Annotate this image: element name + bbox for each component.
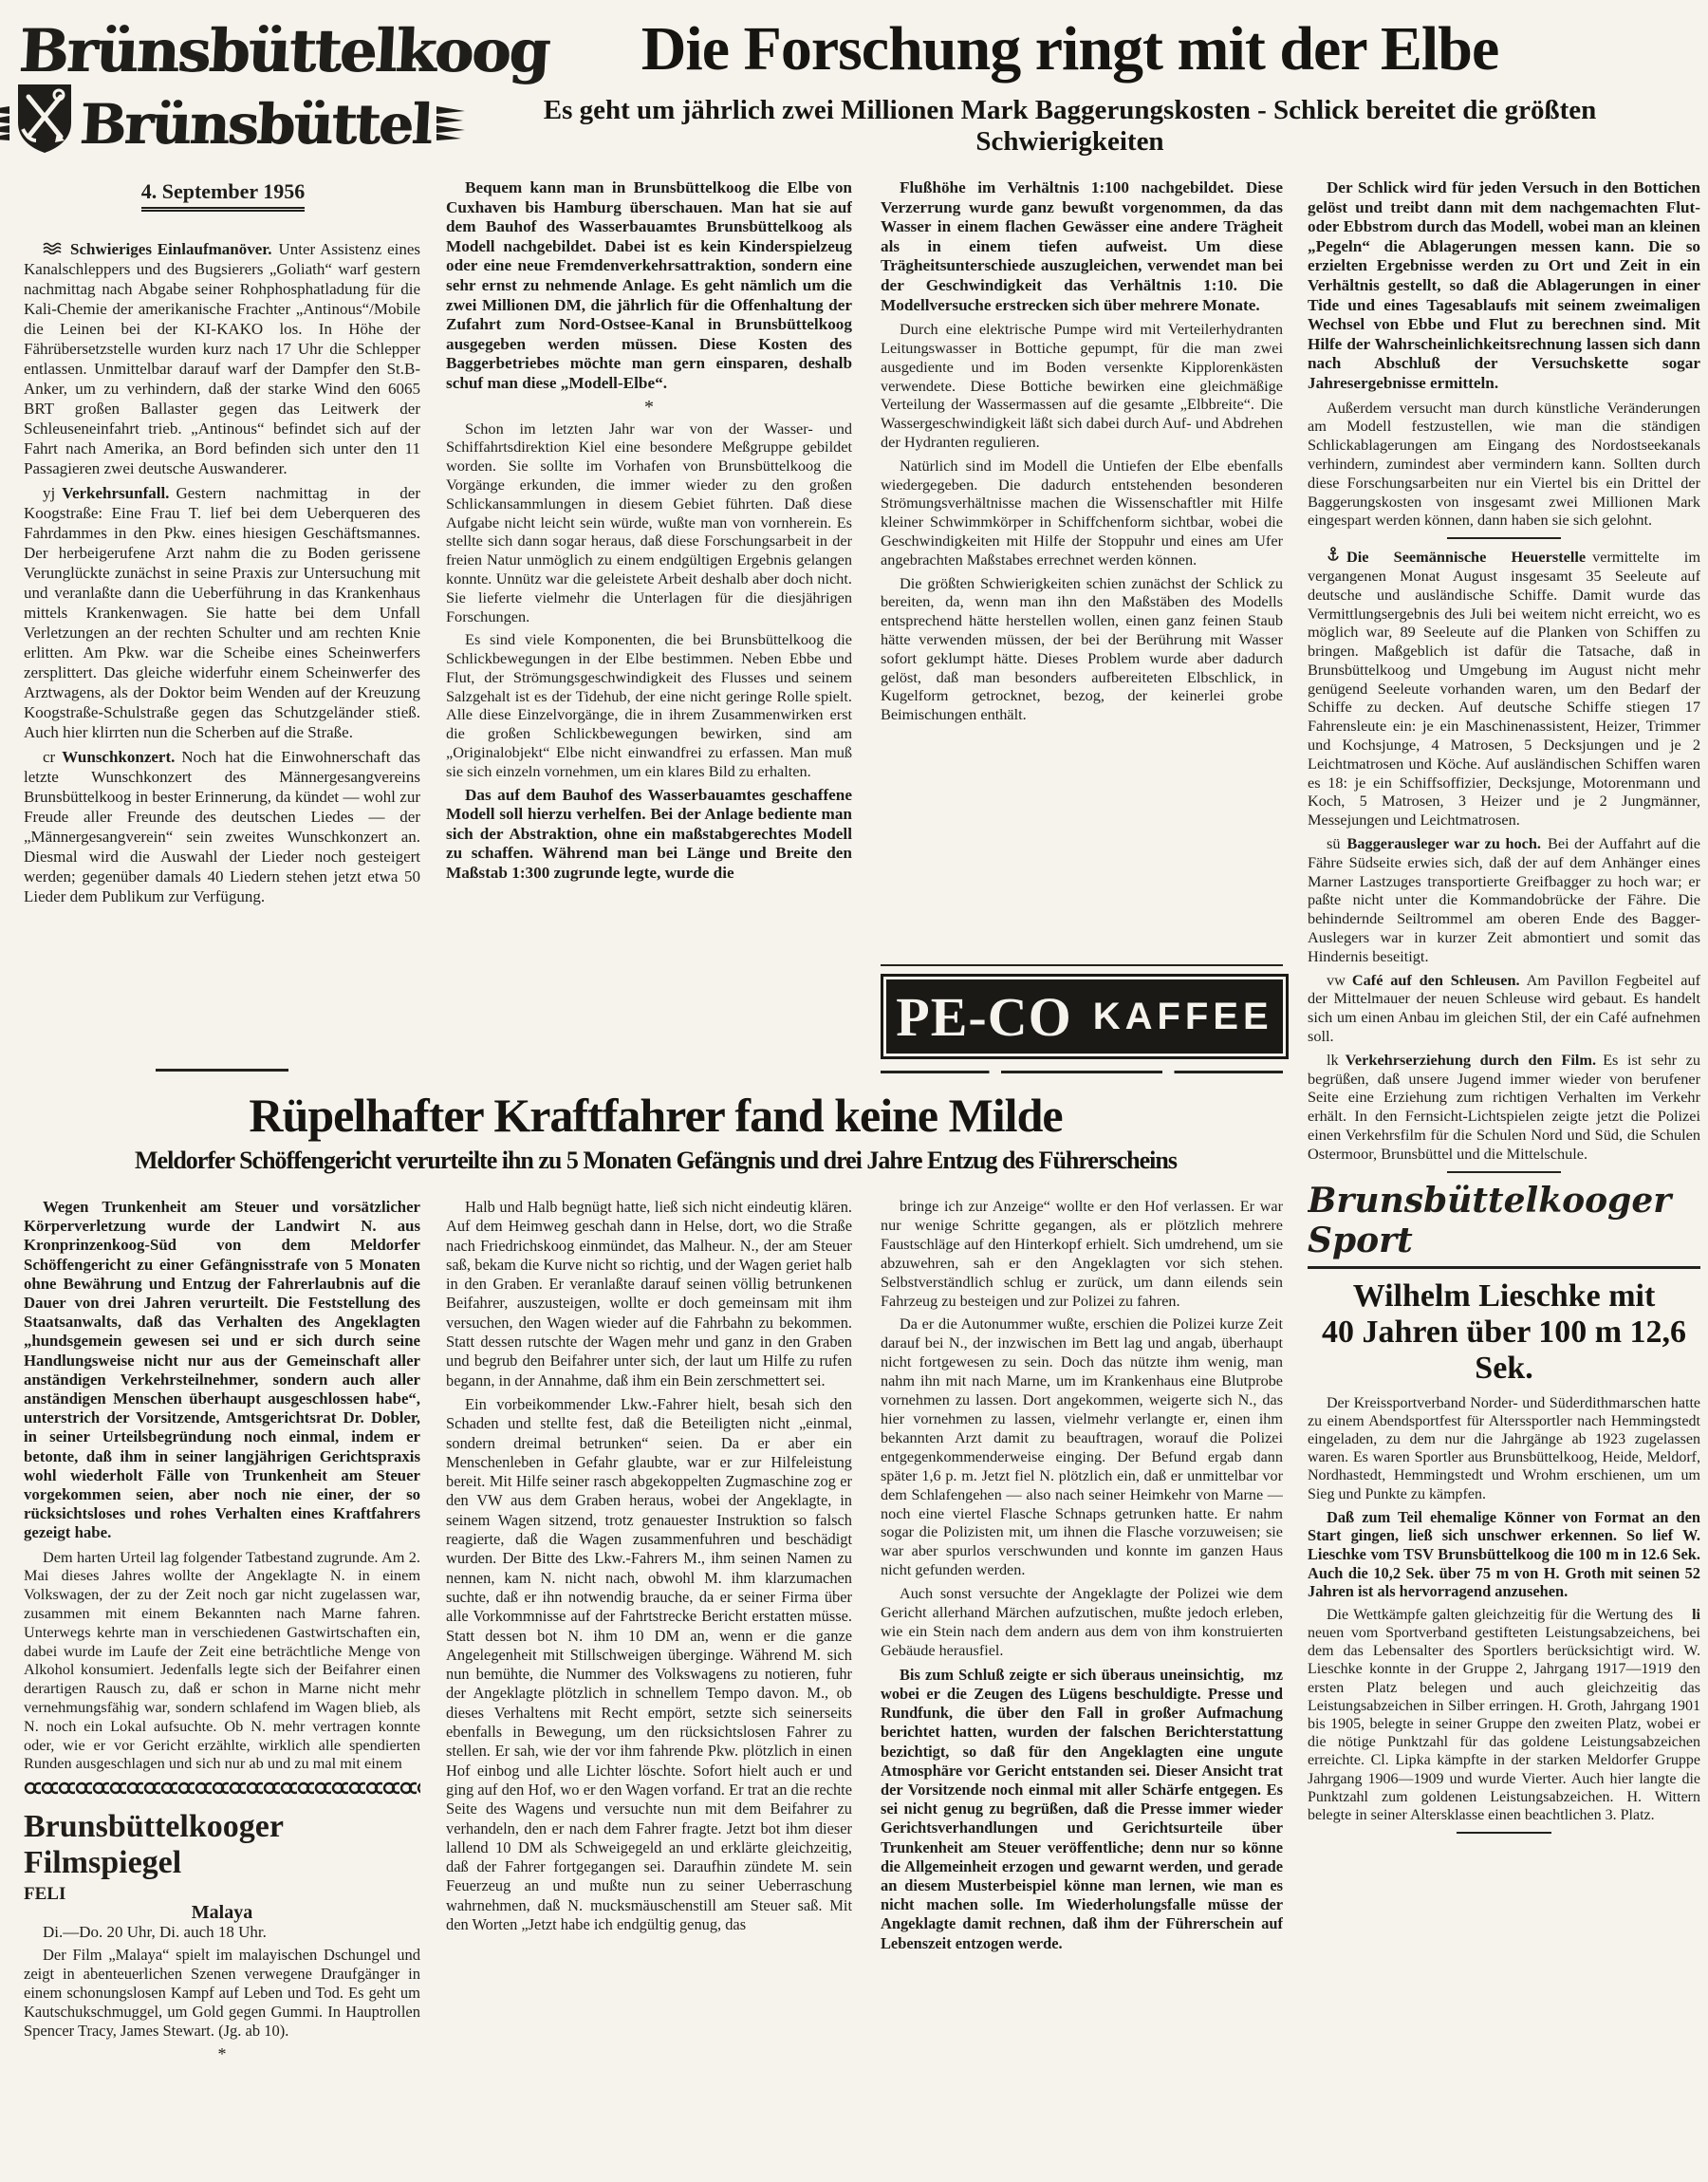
- coastal-item-cafe: vwCafé auf den Schleusen.Am Pavillon Feg…: [1308, 971, 1700, 1046]
- cinema-name: FELI: [24, 1885, 420, 1904]
- author-sign: mz: [1244, 1666, 1283, 1685]
- court-paragraph: Ein vorbeikommender Lkw.-Fahrer hielt, b…: [446, 1395, 852, 1934]
- film-review: Der Film „Malaya“ spielt im malayischen …: [24, 1946, 420, 2041]
- coastal-item-heuerstelle: Die Seemännische Heuerstellevermittelte …: [1308, 547, 1700, 830]
- lead-paragraph: Das auf dem Bauhof des Wasserbauamtes ge…: [446, 786, 852, 884]
- court-article-head: Rüpelhafter Kraftfahrer fand keine Milde…: [28, 1090, 1283, 1175]
- ad-rule-top: [881, 964, 1283, 966]
- shield-emblem-icon: [15, 82, 74, 166]
- lead-paragraph: Bequem kann man in Brunsbüttelkoog die E…: [446, 178, 852, 394]
- local-item-verkehrsunfall: yjVerkehrsunfall.Gestern nachmittag in d…: [24, 483, 420, 742]
- lead-article-col1: Bequem kann man in Brunsbüttelkoog die E…: [446, 178, 852, 1087]
- lead-paragraph: Flußhöhe im Verhältnis 1:100 nachgebilde…: [881, 178, 1283, 315]
- lead-paragraph: Natürlich sind im Modell die Untiefen de…: [881, 457, 1283, 569]
- ad-rule-bottom: [881, 1071, 1283, 1073]
- lead-subhead-line2: Schwierigkeiten: [432, 126, 1708, 158]
- sport-section-title: Brunsbüttelkooger Sport: [1308, 1181, 1700, 1269]
- ad-brand-text: PE-CO: [896, 985, 1071, 1049]
- court-headline: Rüpelhafter Kraftfahrer fand keine Milde: [28, 1090, 1283, 1141]
- lead-headline: Die Forschung ringt mit der Elbe: [432, 15, 1708, 84]
- model-paragraph: Der Schlick wird für jeden Versuch in de…: [1308, 178, 1700, 394]
- local-item-wunschkonzert: crWunschkonzert.Noch hat die Einwohnersc…: [24, 747, 420, 906]
- masthead-title-line2: Brünsbüttel: [79, 96, 433, 153]
- end-divider: [1457, 1832, 1551, 1834]
- court-paragraph: bringe ich zur Anzeige“ wollte er den Ho…: [881, 1198, 1283, 1311]
- coastal-item-baggerausleger: süBaggerausleger war zu hoch.Bei der Auf…: [1308, 834, 1700, 966]
- masthead-title-line1: Brünsbüttelkoog: [17, 21, 428, 82]
- sport-paragraph: Daß zum Teil ehemalige Könner von Format…: [1308, 1508, 1700, 1601]
- local-item-einlaufmanoever: Schwieriges Einlaufmanöver.Unter Assiste…: [24, 239, 420, 478]
- sport-paragraph: Der Kreissportverband Norder- und Süderd…: [1308, 1394, 1700, 1503]
- court-article-col1: Wegen Trunkenheit am Steuer und vorsätzl…: [24, 1198, 420, 2182]
- model-paragraph: Außerdem versucht man durch künstliche V…: [1308, 399, 1700, 531]
- right-column: Der Schlick wird für jeden Versuch in de…: [1308, 178, 1700, 2176]
- peco-kaffee-ad: PE-CO KAFFEE: [881, 974, 1289, 1059]
- court-article-col3: bringe ich zur Anzeige“ wollte er den Ho…: [881, 1198, 1283, 2182]
- coastal-item-verkehrserziehung: lkVerkehrserziehung durch den Film.Es is…: [1308, 1051, 1700, 1164]
- item-divider: [1447, 1171, 1561, 1173]
- masthead: Brünsbüttelkoog Brün: [19, 21, 427, 212]
- wave-mark-icon: [43, 240, 64, 258]
- newspaper-page: Brünsbüttelkoog Brün: [0, 0, 1708, 2182]
- local-news-column: Schwieriges Einlaufmanöver.Unter Assiste…: [24, 239, 420, 1063]
- lead-paragraph: Schon im letzten Jahr war von der Wasser…: [446, 420, 852, 626]
- court-paragraph: mzBis zum Schluß zeigte er sich überaus …: [881, 1666, 1283, 1953]
- court-article-col2: Halb und Halb begnügt hatte, ließ sich n…: [446, 1198, 852, 2182]
- sport-headline-line2: 40 Jahren über 100 m 12,6 Sek.: [1308, 1315, 1700, 1387]
- ribbon-left-icon: [0, 96, 9, 153]
- sport-headline: Wilhelm Lieschke mit 40 Jahren über 100 …: [1308, 1278, 1700, 1387]
- filmspiegel-title: Brunsbüttelkooger Filmspiegel: [24, 1809, 420, 1881]
- court-paragraph: Halb und Halb begnügt hatte, ließ sich n…: [446, 1198, 852, 1390]
- court-paragraph: Dem harten Urteil lag folgender Tatbesta…: [24, 1548, 420, 1774]
- film-footnote: *: [24, 2045, 420, 2064]
- ad-product-text: KAFFEE: [1093, 996, 1273, 1038]
- lead-paragraph: Durch eine elektrische Pumpe wird mit Ve…: [881, 320, 1283, 452]
- lead-paragraph: Es sind viele Komponenten, die bei Bruns…: [446, 630, 852, 780]
- court-subhead: Meldorfer Schöffengericht verurteilte ih…: [28, 1147, 1283, 1175]
- court-paragraph: Wegen Trunkenheit am Steuer und vorsätzl…: [24, 1198, 420, 1543]
- anchor-icon: [1327, 548, 1340, 566]
- lead-article-col2: Flußhöhe im Verhältnis 1:100 nachgebilde…: [881, 178, 1283, 960]
- section-divider: [156, 1069, 288, 1072]
- author-sign: li: [1673, 1606, 1700, 1624]
- film-showtimes: Di.—Do. 20 Uhr, Di. auch 18 Uhr.: [24, 1923, 420, 1942]
- court-paragraph: Auch sonst versuchte der Angeklagte der …: [881, 1585, 1283, 1661]
- sport-paragraph: liDie Wettkämpfe galten gleichzeitig für…: [1308, 1606, 1700, 1824]
- braid-divider: [24, 1781, 420, 1800]
- star-separator: *: [446, 399, 852, 416]
- court-paragraph: Da er die Autonummer wußte, erschien die…: [881, 1315, 1283, 1580]
- lead-subhead-line1: Es geht um jährlich zwei Millionen Mark …: [432, 95, 1708, 126]
- issue-date: 4. September 1956: [141, 179, 306, 212]
- lead-paragraph: Die größten Schwierigkeiten schien zunäc…: [881, 574, 1283, 724]
- sport-headline-line1: Wilhelm Lieschke mit: [1308, 1278, 1700, 1315]
- lead-subhead: Es geht um jährlich zwei Millionen Mark …: [432, 95, 1708, 158]
- film-name: Malaya: [24, 1904, 420, 1923]
- item-divider: [1447, 537, 1561, 539]
